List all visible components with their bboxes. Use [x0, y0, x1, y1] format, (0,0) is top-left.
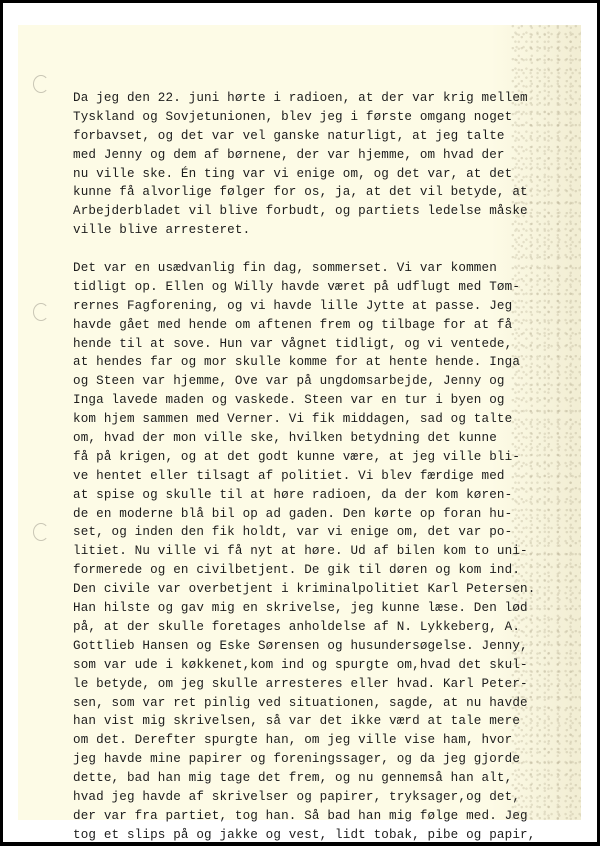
text-line: at hendes far og mor skulle komme for at… [73, 353, 573, 372]
text-line: jeg havde mine papirer og foreningssager… [73, 750, 573, 769]
text-line: få på krigen, og at det godt kunne være,… [73, 448, 573, 467]
text-line: at spise og skulle til at høre radioen, … [73, 486, 573, 505]
text-line: Gottlieb Hansen og Eske Sørensen og husu… [73, 637, 573, 656]
text-line: som var ude i køkkenet,kom ind og spurgt… [73, 656, 573, 675]
punch-hole-icon [33, 75, 49, 93]
text-line: Arbejderbladet vil blive forbudt, og par… [73, 202, 573, 221]
text-line: ville blive arresteret. [73, 221, 573, 240]
text-line: der var fra partiet, tog han. Så bad han… [73, 807, 573, 826]
text-line: han vist mig skrivelsen, så var det ikke… [73, 712, 573, 731]
text-line: Den civile var overbetjent i kriminalpol… [73, 580, 573, 599]
paragraph-gap [73, 240, 573, 259]
text-line: tog et slips på og jakke og vest, lidt t… [73, 826, 573, 845]
text-line: hvad jeg havde af skrivelser og papirer,… [73, 788, 573, 807]
text-line: forbavset, og det var vel ganske naturli… [73, 127, 573, 146]
text-line: kom hjem sammen med Verner. Vi fik midda… [73, 410, 573, 429]
text-line: havde gået med hende om aftenen frem og … [73, 316, 573, 335]
text-line: le betyde, om jeg skulle arresteres elle… [73, 675, 573, 694]
typewritten-body: Da jeg den 22. juni hørte i radioen, at … [73, 89, 573, 845]
text-line: Tyskland og Sovjetunionen, blev jeg i fø… [73, 108, 573, 127]
punch-hole-icon [33, 303, 49, 321]
text-line: dette, bad han mig tage det frem, og nu … [73, 769, 573, 788]
text-line: de en moderne blå bil op ad gaden. Den k… [73, 505, 573, 524]
text-line: Han hilste og gav mig en skrivelse, jeg … [73, 599, 573, 618]
text-line: kunne få alvorlige følger for os, ja, at… [73, 183, 573, 202]
text-line: tidligt op. Ellen og Willy havde været p… [73, 278, 573, 297]
text-line: ve hentet eller tilsagt af politiet. Vi … [73, 467, 573, 486]
text-line: nu ville ske. Én ting var vi enige om, o… [73, 165, 573, 184]
text-line: om, hvad der mon ville ske, hvilken bety… [73, 429, 573, 448]
text-line: Det var en usædvanlig fin dag, sommerset… [73, 259, 573, 278]
punch-hole-icon [33, 523, 49, 541]
text-line: formerede og en civilbetjent. De gik til… [73, 561, 573, 580]
text-line: hende til at sove. Hun var vågnet tidlig… [73, 335, 573, 354]
text-line: set, og inden den fik holdt, var vi enig… [73, 523, 573, 542]
text-line: og Steen var hjemme, Ove var på ungdomsa… [73, 372, 573, 391]
text-line: med Jenny og dem af børnene, der var hje… [73, 146, 573, 165]
text-line: rernes Fagforening, og vi havde lille Jy… [73, 297, 573, 316]
text-line: Da jeg den 22. juni hørte i radioen, at … [73, 89, 573, 108]
text-line: Inga lavede maden og vaskede. Steen var … [73, 391, 573, 410]
text-line: om det. Derefter spurgte han, om jeg vil… [73, 731, 573, 750]
text-line: litiet. Nu ville vi få nyt at høre. Ud a… [73, 542, 573, 561]
text-line: sen, som var ret pinlig ved situationen,… [73, 694, 573, 713]
text-line: på, at der skulle foretages anholdelse a… [73, 618, 573, 637]
